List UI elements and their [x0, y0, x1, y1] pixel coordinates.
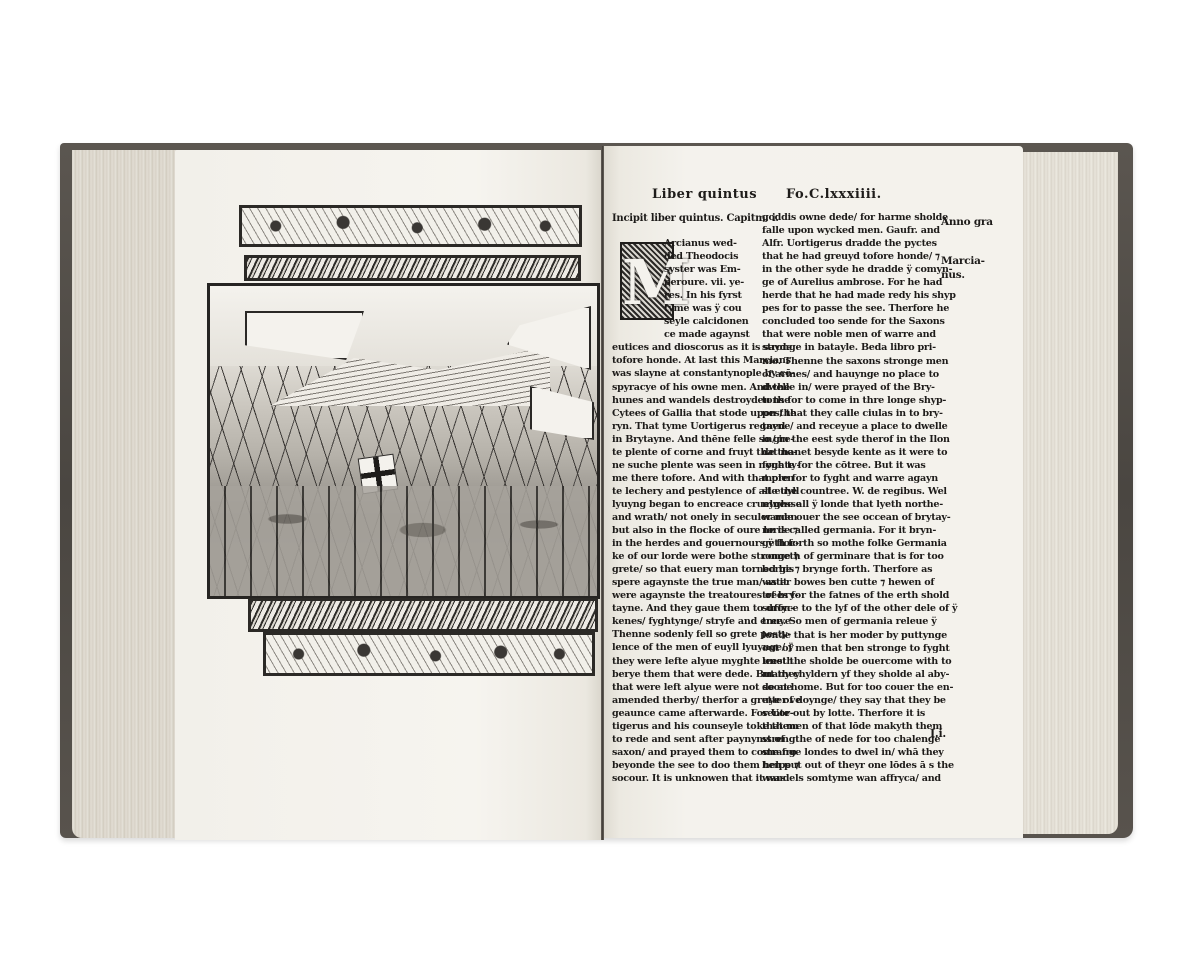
- text-line: goddis owne dede/ for harme sholde: [762, 211, 934, 224]
- text-line: that men of that lōde makyth them: [762, 720, 934, 733]
- text-line: falle upon wycked men. Gaufr. and: [762, 224, 934, 237]
- text-line: hunes and wandels destroyden the: [612, 394, 770, 407]
- text-line: socour. It is unknowen that it was: [612, 772, 770, 785]
- text-line: de at home. But for too couer the en-: [762, 681, 934, 694]
- text-line: kenes/ fyghtynge/ stryfe and enuye: [612, 615, 770, 628]
- text-line: was slayne at constantynople by cō-: [612, 367, 770, 380]
- text-line: me there tofore. And with that plen: [612, 472, 770, 485]
- text-line: ne is called germania. For it bryn-: [762, 524, 934, 537]
- text-line: in Brytayne. And thēne felle so gre-: [612, 433, 770, 446]
- text-line: tons for to come in thre longe shyp-: [762, 394, 934, 407]
- text-line: cometh of germinare that is for too: [762, 550, 934, 563]
- text-line: Cytees of Gallia that stode upon the: [612, 407, 770, 420]
- text-line: herde that he had made redy his shyp: [762, 289, 934, 302]
- signature-mark: I.i.: [930, 727, 946, 740]
- incipit-line: Incipit liber quintus. Capitm. i.: [612, 212, 779, 225]
- text-line: were agaynste the treatoures of bry-: [612, 589, 770, 602]
- text-line: res. In his fyrst: [612, 289, 770, 302]
- text-line: borge ⁊ brynge forth. Therfore as: [762, 563, 934, 576]
- right-fore-edge: [1020, 152, 1118, 834]
- text-line: lyuyng began to encreace cruelnesse: [612, 498, 770, 511]
- woodcut-knights: [210, 486, 597, 596]
- banner-fleur-de-lis-icon: [530, 386, 594, 440]
- text-line: uye of doynge/ they say that they be: [762, 694, 934, 707]
- text-line: lence of the men of euyll lyuynge/ ÿ: [612, 641, 770, 654]
- text-line: pes for to passe the see. Therfore he: [762, 302, 934, 315]
- text-line: out of men that ben stronge to fyght: [762, 642, 934, 655]
- text-line: te plente of corne and fruyt that no-: [612, 446, 770, 459]
- text-line: seyle calcidonen: [612, 315, 770, 328]
- text-line: strange londes to dwel in/ whā they: [762, 746, 934, 759]
- text-line: suffyce to the lyf of the other dele of …: [762, 602, 934, 615]
- text-line: Thenne sodenly fell so grete pesty-: [612, 628, 770, 641]
- ornament-band-bottom: [263, 632, 595, 676]
- text-line: tayne/ and receyue a place to dwelle: [762, 420, 934, 433]
- text-line: to rede and sent after paynyms of: [612, 733, 770, 746]
- text-line: water bowes ben cutte ⁊ hewen of: [762, 576, 934, 589]
- text-line: of armes/ and hauynge no place to: [762, 368, 934, 381]
- text-line: but also in the flocke of oure lorde ⁊: [612, 524, 770, 537]
- text-line: eutices and dioscorus as it is sayde: [612, 341, 770, 354]
- ornament-band-second: [244, 255, 581, 281]
- text-line: warde ouer the see occean of brytay-: [762, 511, 934, 524]
- text-line: sente out by lotte. Therfore it is: [762, 707, 934, 720]
- text-line: ge of Aurelius ambrose. For he had: [762, 276, 934, 289]
- text-line: tofore honde. At last this Marcians: [612, 354, 770, 367]
- running-head-folio: Fo.C.lxxxiiii.: [786, 188, 882, 201]
- text-line: syster was Em-: [612, 263, 770, 276]
- text-line: berye them that were dede. But they: [612, 668, 770, 681]
- text-line: te lechery and pestylence of all euyll: [612, 485, 770, 498]
- text-line: that he had greuyd tofore honde/ ⁊: [762, 250, 934, 263]
- text-line: fyghte for the cōtree. But it was: [762, 459, 934, 472]
- text-line: grete/ so that euery man torned his: [612, 563, 770, 576]
- text-line: Arcianus wed-: [612, 237, 770, 250]
- text-line: in the other syde he dradde ÿ comyn-: [762, 263, 934, 276]
- text-line: ne suche plente was seen in none ty-: [612, 459, 770, 472]
- text-line: concluded too sende for the Saxons: [762, 315, 934, 328]
- text-line: beyonde the see to doo them helpe ⁊: [612, 759, 770, 772]
- text-line: in/ in the eest syde therof in the Ilon: [762, 433, 934, 446]
- text-line: tyme was ÿ cou: [612, 302, 770, 315]
- margin-note-line: Marcia-: [941, 254, 985, 268]
- text-line: geaunce came afterwarde. For Uor-: [612, 707, 770, 720]
- text-line: mo. Thenne the saxons stronge men: [762, 355, 934, 368]
- text-line: spere agaynste the true man/ as it: [612, 576, 770, 589]
- text-line: pes/ that they calle ciulas in to bry-: [762, 407, 934, 420]
- text-line: that were left alyue were not soone: [612, 681, 770, 694]
- text-line: tree. So men of germania releue ÿ: [762, 615, 934, 628]
- text-line: Alfr. Uortigerus dradde the pyctes: [762, 237, 934, 250]
- text-line: tigerus and his counseyle toke them: [612, 720, 770, 733]
- text-line: londe that is her moder by puttynge: [762, 629, 934, 642]
- text-line: more for to fyght and warre agayn: [762, 472, 934, 485]
- text-line: ded Theodocis: [612, 250, 770, 263]
- text-line: trees for the fatnes of the erth shold: [762, 589, 934, 602]
- text-line: leest the sholde be ouercome with to: [762, 655, 934, 668]
- text-line: amended therby/ therfor a gretter ve: [612, 694, 770, 707]
- text-column-1: Arcianus wed- ded Theodocis syster was E…: [612, 237, 770, 785]
- text-line: peroure. vii. ye-: [612, 276, 770, 289]
- running-head-book: Liber quintus: [652, 188, 757, 201]
- text-line: ke of our lorde were bothe stronge ⁊: [612, 550, 770, 563]
- book-gutter: [601, 146, 604, 840]
- text-line: spyracye of his owne men. And the: [612, 381, 770, 394]
- text-line: ce made agaynst: [612, 328, 770, 341]
- text-line: nyghe all ÿ londe that lyeth northe-: [762, 498, 934, 511]
- text-line: in the herdes and gouernours ÿ floc-: [612, 537, 770, 550]
- battle-woodcut: [207, 283, 600, 599]
- text-line: de thanet besyde kente as it were to: [762, 446, 934, 459]
- text-line: that were noble men of warre and: [762, 328, 934, 341]
- ornament-band-top: [239, 205, 582, 247]
- text-line: saxon/ and prayed them to come fro: [612, 746, 770, 759]
- text-line: geth forth so mothe folke Germania: [762, 537, 934, 550]
- text-line: strengthe of nede for too chalenge: [762, 733, 934, 746]
- text-line: dwelle in/ were prayed of the Bry-: [762, 381, 934, 394]
- left-fore-edge: [72, 150, 180, 838]
- text-line: they were lefte alyue myghte uneth: [612, 655, 770, 668]
- text-line: ste the countree. W. de regibus. Wel: [762, 485, 934, 498]
- text-line: ryn. That tyme Uortigerus regned: [612, 420, 770, 433]
- margin-note-marcianus: Marcia- nus.: [941, 238, 985, 282]
- text-line: many chyldern yf they sholde al aby-: [762, 668, 934, 681]
- text-line: and wrath/ not onely in seculer men: [612, 511, 770, 524]
- margin-note-anno: Anno gra: [941, 216, 993, 229]
- text-line: tayne. And they gaue them to dron-: [612, 602, 770, 615]
- text-line: stronge in batayle. Beda libro pri-: [762, 341, 934, 354]
- ornament-band-third: [248, 598, 598, 632]
- text-column-2: goddis owne dede/ for harme sholde falle…: [762, 211, 934, 785]
- margin-note-line: nus.: [941, 268, 985, 282]
- text-line: wandels somtyme wan affryca/ and: [762, 772, 934, 785]
- text-line: ben put out of theyr one lōdes ā s the: [762, 759, 934, 772]
